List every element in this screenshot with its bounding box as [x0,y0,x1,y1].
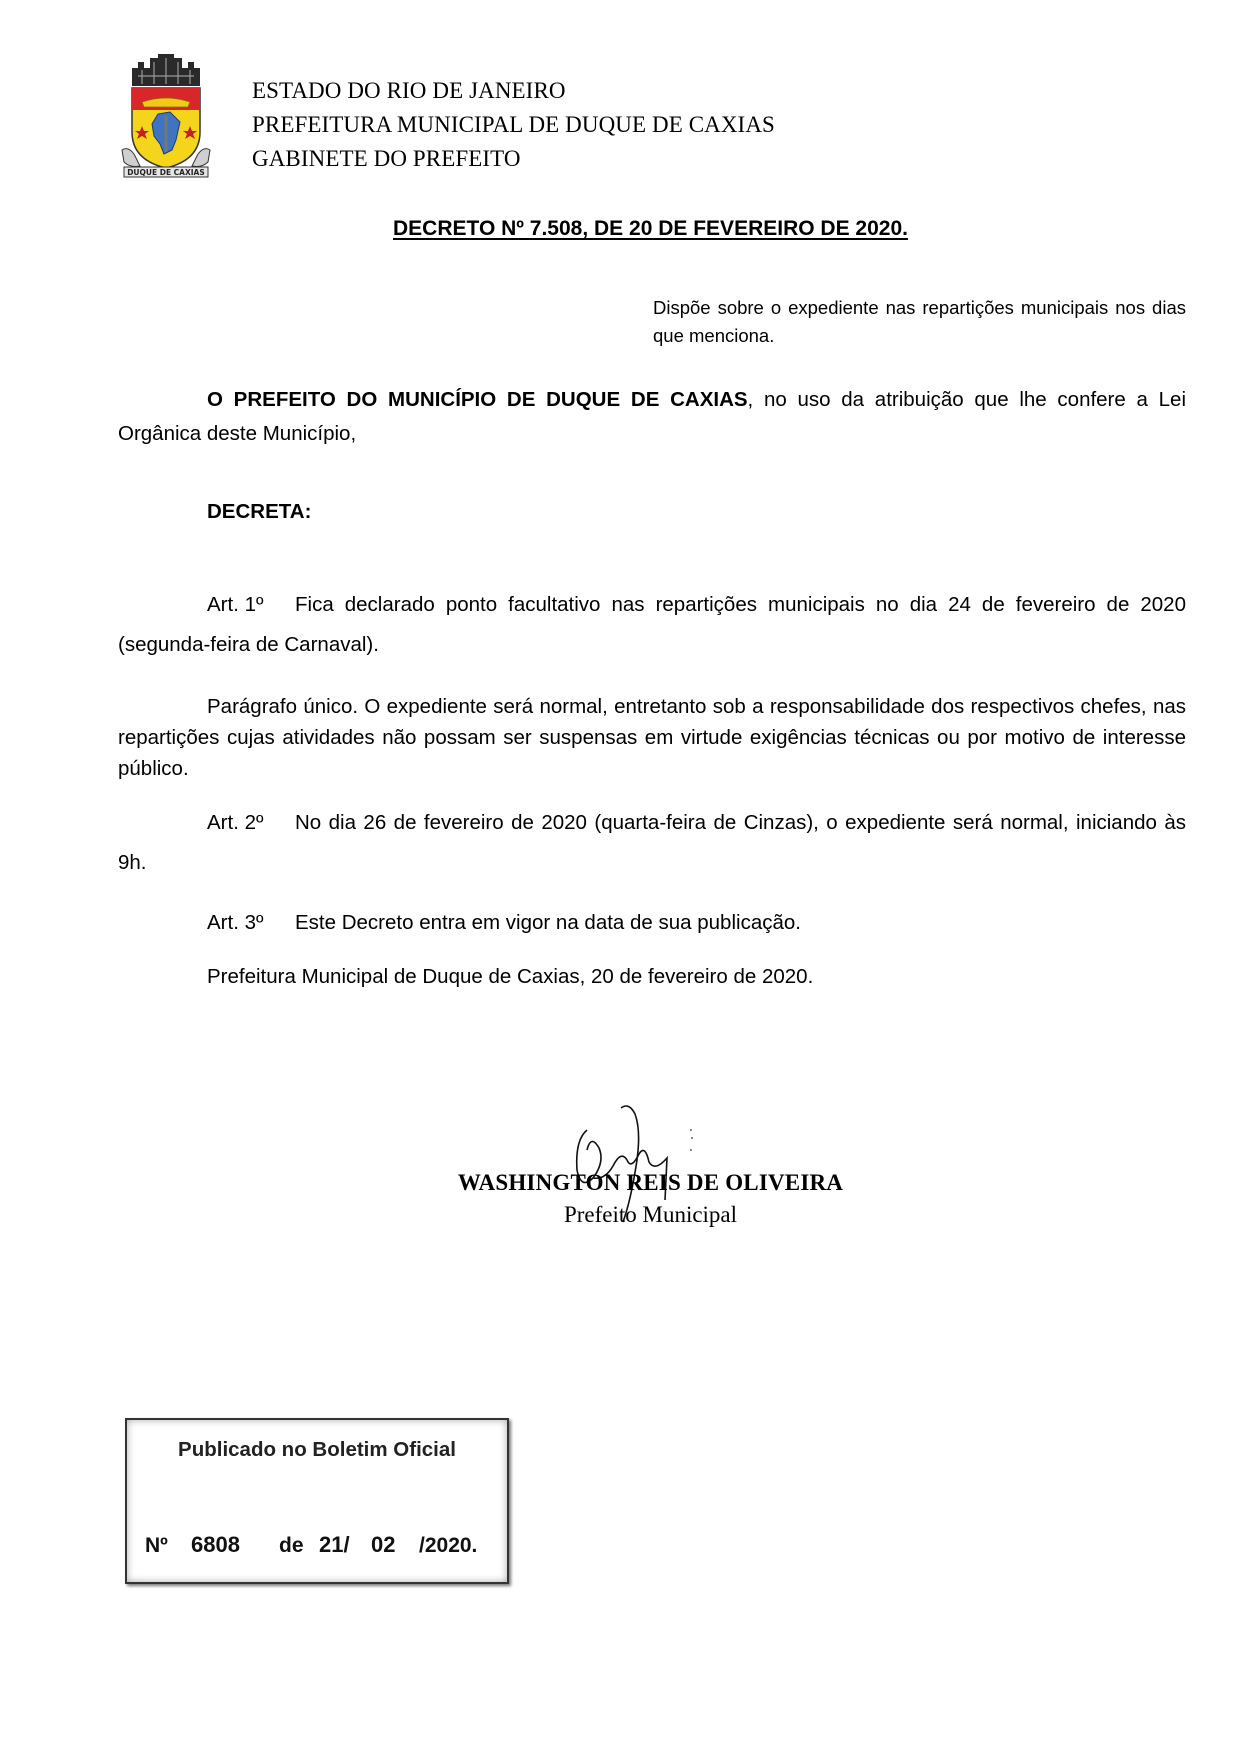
header-gabinete-line: GABINETE DO PREFEITO [252,142,521,176]
article-2: Art. 2ºNo dia 26 de fevereiro de 2020 (q… [118,803,1186,883]
stamp-bulletin-number: 6808 [191,1532,279,1558]
decree-ementa: Dispõe sobre o expediente nas repartiçõe… [653,294,1186,350]
svg-text:DUQUE DE CAXIAS: DUQUE DE CAXIAS [127,168,205,177]
article-1: Art. 1ºFica declarado ponto facultativo … [118,585,1186,665]
article-3: Art. 3ºEste Decreto entra em vigor na da… [118,911,1186,935]
header-prefeitura-line: PREFEITURA MUNICIPAL DE DUQUE DE CAXIAS [252,108,775,142]
header-state-line: ESTADO DO RIO DE JANEIRO [252,74,566,108]
stamp-date-label: de [279,1534,319,1558]
stamp-number-label: Nº [145,1534,191,1558]
municipal-coat-of-arms-icon: DUQUE DE CAXIAS [118,50,214,178]
article-label: Art. 1º [207,585,295,625]
paragrafo-unico: Parágrafo único. O expediente será norma… [118,691,1186,784]
article-label: Art. 2º [207,803,295,843]
signer-name: WASHINGTON REIS DE OLIVEIRA [0,1170,1241,1196]
stamp-title: Publicado no Boletim Oficial [127,1438,507,1462]
stamp-day: 21/ [319,1532,371,1558]
publication-stamp: Publicado no Boletim Oficial Nº6808de21/… [125,1418,509,1584]
signer-role: Prefeito Municipal [0,1202,1241,1228]
stamp-publication-line: Nº6808de21/02/2020. [145,1532,477,1558]
article-text: Este Decreto entra em vigor na data de s… [295,911,801,934]
decree-preamble: O PREFEITO DO MUNICÍPIO DE DUQUE DE CAXI… [118,383,1186,451]
stamp-month: 02 [371,1532,419,1558]
stamp-year: /2020. [419,1534,477,1558]
preamble-authority: O PREFEITO DO MUNICÍPIO DE DUQUE DE CAXI… [207,388,748,411]
closing-place-date: Prefeitura Municipal de Duque de Caxias,… [118,965,1186,989]
article-label: Art. 3º [207,911,295,935]
decreta-heading: DECRETA: [207,500,311,524]
decree-title: DECRETO Nº 7.508, DE 20 DE FEVEREIRO DE … [0,217,1241,241]
